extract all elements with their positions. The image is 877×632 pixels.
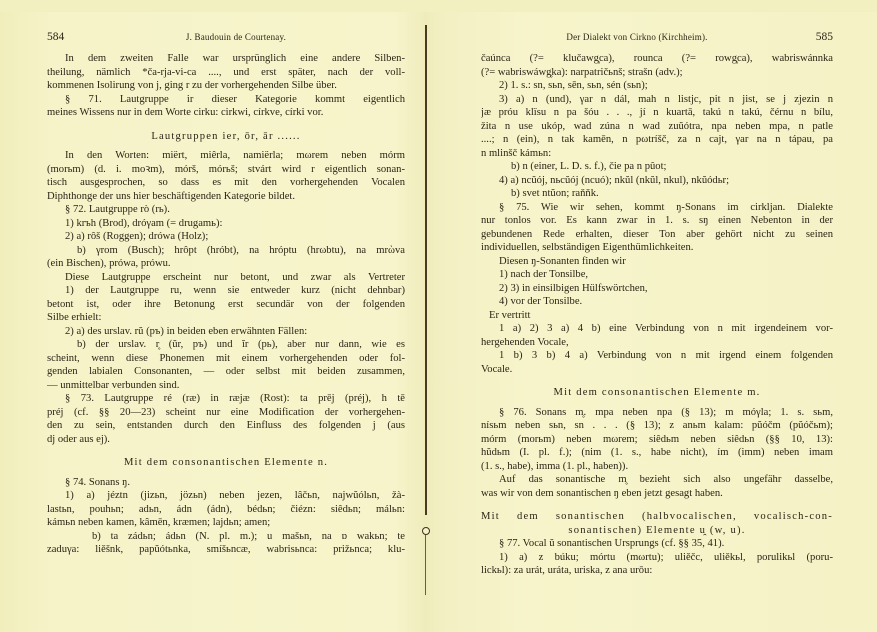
text-line: (1. s., habe), imma (1. pl., haben)). bbox=[481, 460, 833, 474]
text-line: § 72. Lautgruppe rò (rь). bbox=[47, 203, 405, 217]
text-line: § 71. Lautgruppe ir dieser Kategorie kom… bbox=[47, 93, 405, 107]
text-line: 1) nach der Tonsilbe, bbox=[481, 268, 833, 282]
text-line: 1) a) jéztn (jizьn, jözьn) neben jezen, … bbox=[47, 489, 405, 503]
text-line: Diese Lautgruppe erscheint nur betont, u… bbox=[47, 271, 405, 285]
text-line: theilung, nämlich *ča-rja-vi-ca ...., un… bbox=[47, 66, 405, 80]
section-gap bbox=[47, 120, 405, 130]
text-line: was wir von dem sonantischen ŋ eben jetz… bbox=[481, 487, 833, 501]
text-line: § 77. Vocal ŭ sonantischen Ursprungs (cf… bbox=[481, 537, 833, 551]
section-gap bbox=[481, 500, 833, 510]
section-heading: Mit dem sonantischen (halbvocalischen, v… bbox=[481, 510, 833, 524]
text-line: In den Worten: miërt, miêrla, namiërla; … bbox=[47, 149, 405, 163]
text-line: 2) a) des urslav. rŭ (ръ) in beiden eben… bbox=[47, 325, 405, 339]
text-line: 1) krъh (Brod), dróγam (= drugamь): bbox=[47, 217, 405, 231]
page-number: 584 bbox=[47, 31, 64, 43]
text-line: gebundenen Rede erhalten, dieser Ton abe… bbox=[481, 228, 833, 242]
text-line: § 76. Sonans m̥. mpa neben npa (§ 13); m… bbox=[481, 406, 833, 420]
section-gap bbox=[481, 376, 833, 386]
text-line: 2) a) rôš (Roggen); drówa (Holz); bbox=[47, 230, 405, 244]
text-line: meines Wissens nur in dem Worte cirku: c… bbox=[47, 106, 405, 120]
running-head: J. Baudouin de Courtenay. bbox=[67, 32, 405, 42]
section-heading: Lautgruppen ier, ōr, ār ...... bbox=[47, 130, 405, 144]
text-line: genden labialen Consonanten, — oder selb… bbox=[47, 365, 405, 379]
gutter-pin-mark bbox=[422, 527, 430, 535]
text-line: čaúnca (?= klučawg̥ca), rounca (?= rowg̥… bbox=[481, 52, 833, 66]
text-line: b) n (einer, L. D. s. f.), čie pa n pûot… bbox=[481, 160, 833, 174]
text-line: Auf das sonantische m̥ bezieht sich also… bbox=[481, 473, 833, 487]
text-line: b) γrom (Busch); hrôpt (hróbt), na hrópt… bbox=[47, 244, 405, 258]
page-number: 585 bbox=[816, 31, 833, 43]
text-line: 2) 1. s.: sn, sьn, sēn, sьn, sén (sьn); bbox=[481, 79, 833, 93]
text-line: § 74. Sonans ŋ. bbox=[47, 476, 405, 490]
text-line: lickьl): za urát, uráta, uriska, z ana u… bbox=[481, 564, 833, 578]
section-heading: Mit dem consonantischen Elemente m. bbox=[481, 386, 833, 400]
left-page-header: 584 J. Baudouin de Courtenay. bbox=[47, 31, 405, 45]
text-line: Vocale. bbox=[481, 363, 833, 377]
text-line: § 75. Wie wir sehen, kommt ŋ-Sonans im c… bbox=[481, 201, 833, 215]
text-line: n mlinšč kámьn: bbox=[481, 147, 833, 161]
book-gutter-line bbox=[425, 25, 427, 515]
text-line: Diphthonge der uns hier beschäftigenden … bbox=[47, 190, 405, 204]
page-top-edge bbox=[0, 0, 877, 12]
text-line: 1) der Lautgruppe ru, wenn sie entweder … bbox=[47, 284, 405, 298]
text-line: 1 a) 2) 3 a) 4 b) eine Verbindung von n … bbox=[481, 322, 833, 336]
text-line: tisch ausgesprochen, so dass es mit den … bbox=[47, 176, 405, 190]
text-line: betont ist, oder ihre Betonung erst secu… bbox=[47, 298, 405, 312]
running-head: Der Dialekt von Cirkno (Kirchheim). bbox=[481, 32, 793, 42]
text-line: préj (cf. §§ 20—23) scheint nur eine Mod… bbox=[47, 406, 405, 420]
text-line: 4) vor der Tonsilbe. bbox=[481, 295, 833, 309]
text-line: hergehenden Vocale, bbox=[481, 336, 833, 350]
text-line: Er vertritt bbox=[481, 309, 833, 323]
text-line: 1 b) 3 b) 4 a) Verbindung von n mit irge… bbox=[481, 349, 833, 363]
text-line: scheint, wenn diese Phonemen mit einem v… bbox=[47, 352, 405, 366]
text-line: ....; n (ein), n tak kamēn, n pωtríšč, z… bbox=[481, 133, 833, 147]
text-line: lastьn, pouhьn; adьn, ádn (ádn), bédьn; … bbox=[47, 503, 405, 517]
text-line: kommenen Isolirung von j, ging r zu der … bbox=[47, 79, 405, 93]
text-line: nur tonlos vor. Es kann zwar in 1. s. sŋ… bbox=[481, 214, 833, 228]
text-line: mórm (morьm) neben mωrem; siêdьm neben s… bbox=[481, 433, 833, 447]
left-page-body: In dem zweiten Falle war ursprünglich ei… bbox=[47, 52, 405, 557]
text-line: kámьn neben kamen, kâmēn, kræmen; lajdьn… bbox=[47, 516, 405, 530]
text-line: b) ta zádьn; ádьn (N. pl. m.); u mašьn, … bbox=[47, 530, 405, 544]
book-spread: 584 J. Baudouin de Courtenay. In dem zwe… bbox=[0, 0, 877, 632]
text-line: — unmittelbar verbunden sind. bbox=[47, 379, 405, 393]
text-line: nísьm neben sьn, sn . . . (§ 13); z anьm… bbox=[481, 419, 833, 433]
text-line: § 73. Lautgruppe ré (ræ) in ræjæ (Rost):… bbox=[47, 392, 405, 406]
text-line: (morьm) (d. i. moꝛm), mórš, mórьš; stvár… bbox=[47, 163, 405, 177]
text-line: žita n use ukóp, wad zúna n wad zuŭótra,… bbox=[481, 120, 833, 134]
right-page-header: Der Dialekt von Cirkno (Kirchheim). 585 bbox=[481, 31, 833, 45]
text-line: den zu sein, entstanden durch den Einflu… bbox=[47, 419, 405, 433]
section-gap bbox=[47, 446, 405, 456]
text-line: jæ próu klïsu n pa šóu . . ., jí n kuart… bbox=[481, 106, 833, 120]
text-line: Silbe erhielt: bbox=[47, 311, 405, 325]
text-line: zaduγa: liěšnk, papŭótьnka, smíšьnсæ, wa… bbox=[47, 543, 405, 557]
text-line: 1) a) z búku; mórtu (mωrtu); uliěčc, uli… bbox=[481, 551, 833, 565]
text-line: hŭdьm (I. pl. f.); (nim (1. s., habe nic… bbox=[481, 446, 833, 460]
text-line: (ein Bischen), prówa, prówu. bbox=[47, 257, 405, 271]
text-line: 3) a) n (und), γar n dál, mah n listjc, … bbox=[481, 93, 833, 107]
text-line: Diesen ŋ-Sonanten finden wir bbox=[481, 255, 833, 269]
text-line: (?= wabriswáwg̥ka): narpatričьnš; strašn… bbox=[481, 66, 833, 80]
text-line: dj oder aus ej). bbox=[47, 433, 405, 447]
section-heading: Mit dem consonantischen Elemente n. bbox=[47, 456, 405, 470]
section-heading: sonantischen) Elemente u̯ (w, u). bbox=[481, 524, 833, 538]
text-line: In dem zweiten Falle war ursprünglich ei… bbox=[47, 52, 405, 66]
text-line: 2) 3) in einsilbigen Hülfswörtchen, bbox=[481, 282, 833, 296]
right-page-body: čaúnca (?= klučawg̥ca), rounca (?= rowg̥… bbox=[481, 52, 833, 578]
gutter-line-bottom bbox=[425, 535, 426, 595]
text-line: 4) a) ncŭój, nьcŭój (ncuó); nkŭl (nkŭl, … bbox=[481, 174, 833, 188]
text-line: individuellen, selbständigen Eigenthümli… bbox=[481, 241, 833, 255]
text-line: b) der urslav. r̥ (ŭr, ръ) und ĭr (рь), … bbox=[47, 338, 405, 352]
text-line: b) svet ntŭon; raňňk. bbox=[481, 187, 833, 201]
